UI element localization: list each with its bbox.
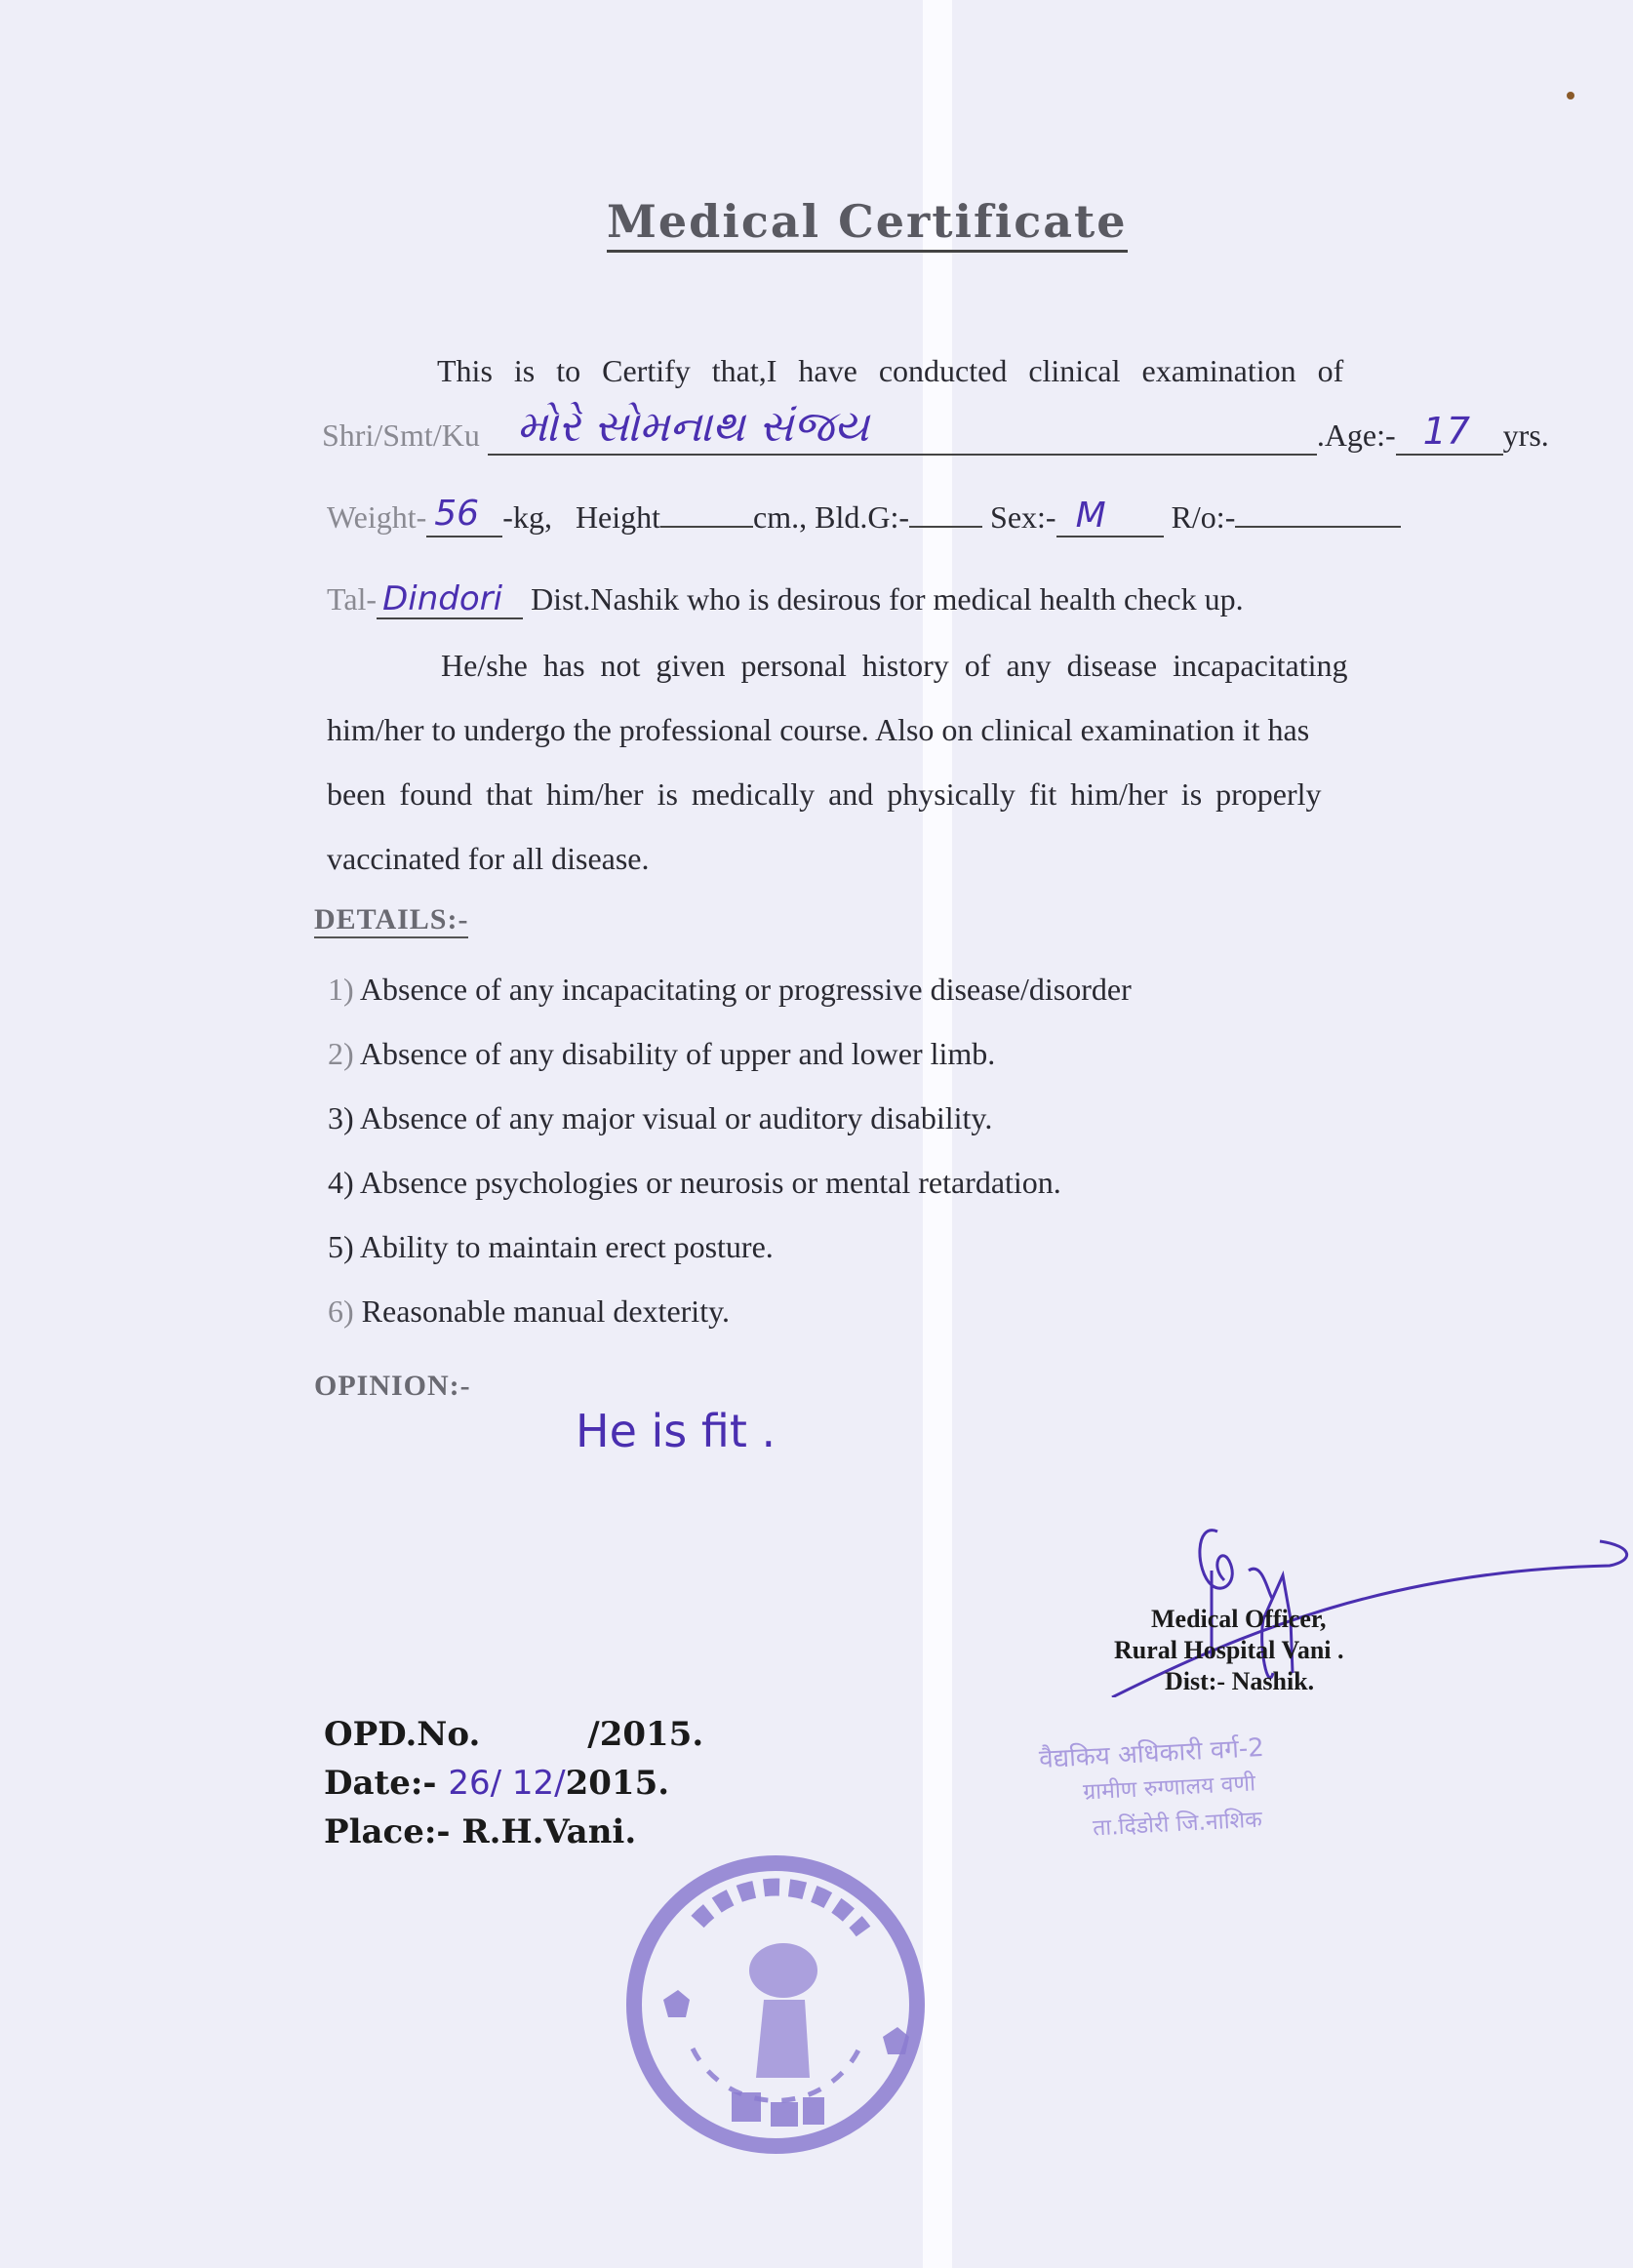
detail-item-text: Absence psychologies or neurosis or ment… — [360, 1165, 1061, 1200]
date-label: Date:- — [324, 1764, 437, 1803]
signatory-title: Medical Officer, — [1151, 1605, 1327, 1634]
date-line: Date:- 26/ 12/2015. — [324, 1764, 669, 1803]
details-heading: DETAILS:- — [314, 903, 468, 938]
detail-item: 2) Absence of any disability of upper an… — [328, 1036, 995, 1072]
height-field — [660, 526, 753, 528]
weight-unit: -kg, — [502, 499, 552, 535]
detail-item-text: Absence of any incapacitating or progres… — [360, 972, 1132, 1007]
height-unit: cm., Bld.G:- — [753, 499, 909, 535]
place-line: Place:- R.H.Vani. — [324, 1812, 636, 1851]
detail-item-text: Absence of any disability of upper and l… — [360, 1036, 995, 1071]
blood-group-field — [909, 526, 982, 528]
signatory-hospital: Rural Hospital Vani . — [1114, 1636, 1344, 1665]
paragraph-line-4: vaccinated for all disease. — [327, 841, 650, 877]
taluka-label: Tal- — [327, 581, 377, 617]
vitals-line: Weight-56 -kg, Heightcm., Bld.G:- Sex:-M… — [327, 499, 1401, 537]
taluka-field: Dindori — [377, 581, 523, 619]
name-field: મોરે સોમનાથ સંજય — [488, 418, 1317, 456]
page-title: Medical Certificate — [607, 195, 1128, 253]
intro-line-1: This is to Certify that,I have conducted… — [437, 353, 1343, 389]
opinion-value: He is fit . — [576, 1405, 776, 1457]
detail-item: 5) Ability to maintain erect posture. — [328, 1229, 774, 1265]
age-label: .Age:- — [1317, 418, 1396, 453]
district-text: Dist.Nashik who is desirous for medical … — [531, 581, 1244, 617]
height-label: Height — [576, 499, 660, 535]
taluka-value: Dindori — [382, 579, 502, 618]
sex-label: Sex:- — [990, 499, 1056, 535]
opd-label: OPD.No. — [324, 1715, 480, 1754]
detail-item-number: 1) — [328, 972, 360, 1007]
name-handwritten: મોરે સોમનાથ સંજય — [517, 402, 869, 452]
place-label: Place:- — [324, 1812, 451, 1851]
salutation-label: Shri/Smt/Ku — [322, 418, 480, 453]
paragraph-line-3: been found that him/her is medically and… — [327, 776, 1322, 813]
opd-suffix: /2015. — [587, 1715, 703, 1754]
age-unit: yrs. — [1503, 418, 1549, 453]
sex-value: M — [1076, 496, 1106, 536]
weight-value: 56 — [434, 494, 479, 534]
detail-item-text: Reasonable manual dexterity. — [362, 1293, 730, 1329]
date-handwritten: 26/ 12/ — [448, 1764, 565, 1803]
weight-label: Weight- — [327, 499, 426, 535]
date-suffix: 2015. — [566, 1764, 669, 1803]
detail-item-text: Absence of any major visual or auditory … — [360, 1100, 992, 1135]
detail-item-number: 3) — [328, 1100, 360, 1135]
taluka-line: Tal-Dindori Dist.Nashik who is desirous … — [327, 581, 1244, 619]
official-stamp-line-2: ग्रामीण रुग्णालय वणी — [1082, 1766, 1255, 1806]
detail-item-number: 5) — [328, 1229, 360, 1264]
detail-item: 3) Absence of any major visual or audito… — [328, 1100, 992, 1136]
name-line: Shri/Smt/Ku મોરે સોમનાથ સંજય .Age:-17 yr… — [322, 418, 1549, 456]
weight-field: 56 — [426, 499, 502, 537]
sex-field: M — [1056, 499, 1164, 537]
age-field: 17 — [1396, 418, 1503, 456]
opd-line: OPD.No./2015. — [324, 1715, 703, 1754]
official-stamp-line-3: ता.दिंडोरी जि.नाशिक — [1092, 1802, 1262, 1842]
opinion-label: OPINION:- — [314, 1370, 471, 1403]
residence-label: R/o:- — [1172, 499, 1236, 535]
detail-item: 4) Absence psychologies or neurosis or m… — [328, 1165, 1061, 1201]
paragraph-line-1: He/she has not given personal history of… — [441, 648, 1348, 684]
detail-item: 1) Absence of any incapacitating or prog… — [328, 972, 1132, 1008]
hospital-seal — [619, 1853, 932, 2156]
detail-item-number: 4) — [328, 1165, 360, 1200]
paragraph-line-2: him/her to undergo the professional cour… — [327, 712, 1309, 748]
detail-item-text: Ability to maintain erect posture. — [360, 1229, 774, 1264]
signatory-district: Dist:- Nashik. — [1165, 1667, 1314, 1696]
residence-field — [1235, 526, 1401, 528]
detail-item: 6) Reasonable manual dexterity. — [328, 1293, 730, 1330]
detail-item-number: 6) — [328, 1293, 362, 1329]
age-value: 17 — [1423, 410, 1470, 453]
place-value: R.H.Vani. — [461, 1812, 636, 1851]
detail-item-number: 2) — [328, 1036, 360, 1071]
paper-speck — [1567, 92, 1574, 99]
